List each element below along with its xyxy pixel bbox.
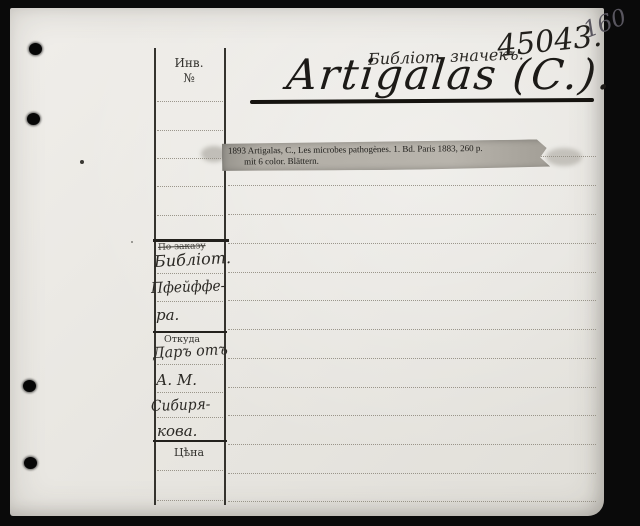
price-label: Цѣна: [156, 446, 222, 459]
provenance-handwriting: Библіот.: [154, 248, 232, 271]
ruled-line: [228, 387, 596, 388]
ruled-line: [228, 214, 596, 215]
ruled-line: [228, 358, 596, 359]
column-rule-left: [154, 48, 156, 505]
author-heading: Artigalas (C.).: [284, 50, 615, 99]
pasted-printed-clipping: 1893 Artigalas, C., Les microbes pathogè…: [222, 139, 550, 171]
ruled-line: [157, 364, 223, 365]
inventory-label-line2: №: [156, 71, 222, 86]
punch-hole: [27, 113, 40, 125]
ruled-line: [157, 470, 223, 471]
provenance-handwriting: ра.: [156, 306, 179, 324]
ruled-line: [228, 272, 596, 273]
origin-handwriting: Сибиря-: [151, 395, 211, 415]
punch-hole: [24, 457, 37, 469]
punch-hole: [23, 380, 36, 392]
ruled-line: [157, 500, 223, 501]
ruled-line: [228, 243, 596, 244]
scanned-catalog-card-image: 160 Библіот. значекъ. 45043. Artigalas (…: [0, 0, 640, 526]
ruled-line: [228, 473, 596, 474]
ruled-line: [157, 301, 223, 302]
provenance-handwriting: Пфейффе-: [151, 276, 226, 297]
inventory-number-label: Инв. №: [156, 56, 222, 86]
ruled-line: [228, 185, 596, 186]
ruled-line: [157, 215, 223, 216]
section-separator: [153, 331, 227, 333]
torn-clipping-remnant: [546, 148, 582, 166]
ruled-line: [228, 329, 596, 330]
inventory-label-line1: Инв.: [156, 56, 222, 71]
punch-hole: [29, 43, 42, 55]
ruled-line: [157, 417, 223, 418]
ruled-line: [228, 415, 596, 416]
ruled-line: [228, 444, 596, 445]
origin-handwriting: кова.: [157, 422, 197, 440]
ruled-line: [157, 392, 223, 393]
ruled-line: [157, 273, 223, 274]
ruled-line: [228, 300, 596, 301]
ruled-line: [228, 501, 596, 502]
section-separator: [153, 440, 227, 442]
origin-handwriting: А. М.: [156, 371, 197, 389]
clipping-line-2: mit 6 color. Blättern.: [228, 153, 550, 167]
dust-speck: [131, 241, 133, 243]
ruled-line: [157, 101, 223, 102]
dust-speck: [80, 160, 84, 164]
ruled-line: [157, 186, 223, 187]
ruled-line: [157, 130, 223, 131]
